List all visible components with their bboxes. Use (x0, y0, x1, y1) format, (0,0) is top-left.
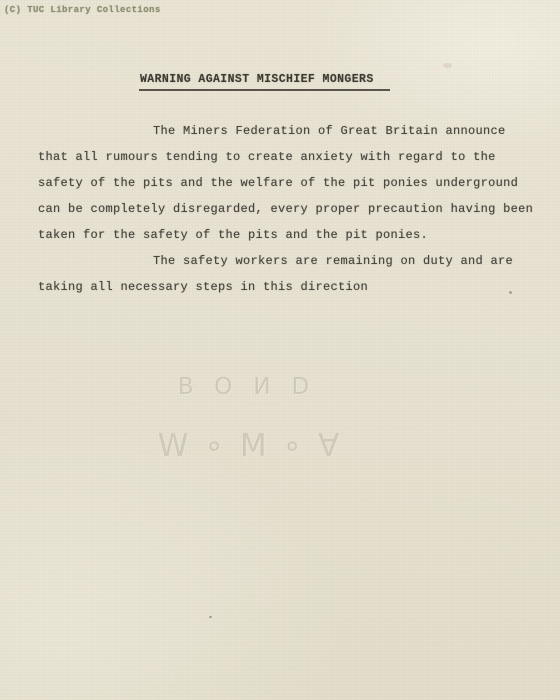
copyright-overlay: (C) TUC Library Collections (4, 5, 161, 15)
watermark-bond: BOИD (178, 374, 330, 400)
document-line: that all rumours tending to create anxie… (38, 144, 538, 170)
watermark-maker-mark: W∘M∘∀ (158, 428, 355, 464)
document-body: The Miners Federation of Great Britain a… (38, 118, 538, 300)
paper-texture (0, 0, 560, 700)
document-title: WARNING AGAINST MISCHIEF MONGERS (139, 69, 390, 91)
document-page: (C) TUC Library Collections WARNING AGAI… (0, 0, 560, 700)
document-line: safety of the pits and the welfare of th… (38, 170, 538, 196)
document-line: can be completely disregarded, every pro… (38, 196, 538, 222)
paper-speck (209, 616, 212, 618)
document-title-text: WARNING AGAINST MISCHIEF MONGERS (139, 73, 390, 91)
document-line: taking all necessary steps in this direc… (38, 274, 538, 300)
document-line: The Miners Federation of Great Britain a… (38, 118, 538, 144)
paper-speck (443, 63, 452, 68)
document-line: taken for the safety of the pits and the… (38, 222, 538, 248)
document-line: The safety workers are remaining on duty… (38, 248, 538, 274)
